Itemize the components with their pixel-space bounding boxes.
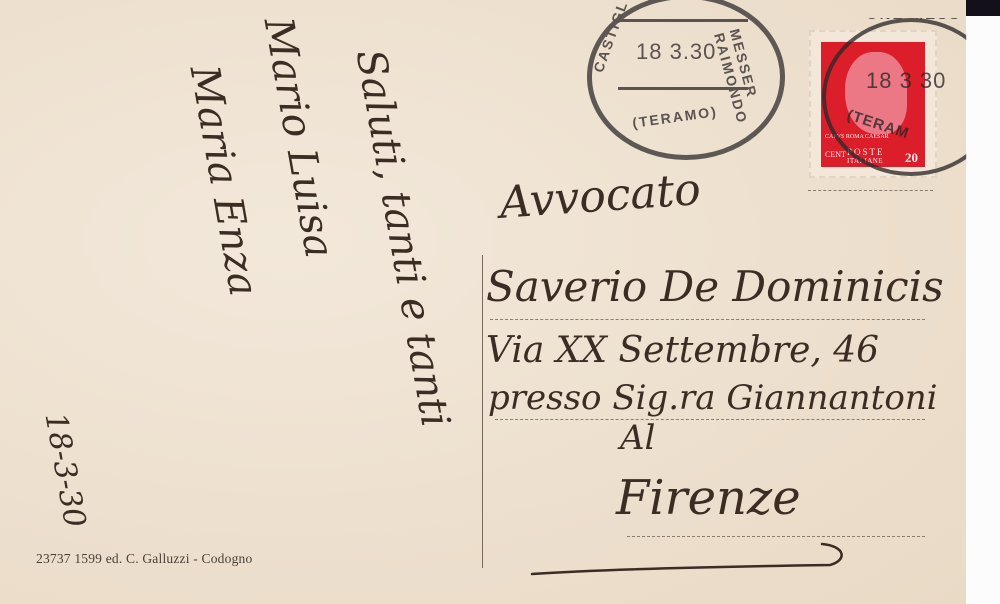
address-prefix: Al — [620, 418, 655, 458]
stamp-box-dotted-line — [808, 190, 933, 191]
postmark-ring-text: (TERAM — [845, 106, 911, 142]
address-name: Saverio De Dominicis — [486, 262, 944, 311]
postmark-castiglione: 18 3.30 CASTIGL MESSER RAIMONDO (TERAMO) — [587, 0, 785, 160]
scan-margin — [966, 0, 1000, 604]
address-care-of: presso Sig.ra Giannantoni — [488, 378, 938, 418]
postmark-bar — [618, 19, 748, 22]
address-city: Firenze — [616, 470, 801, 526]
postmark-ring-text: MESSER RAIMONDO — [711, 27, 766, 126]
address-dotted-line — [627, 536, 925, 537]
address-dotted-line — [490, 319, 925, 320]
address-dotted-line — [495, 419, 925, 420]
printer-imprint: 23737 1599 ed. C. Galluzzi - Codogno — [36, 551, 252, 567]
city-underline-swash — [530, 540, 850, 585]
address-divider-line — [482, 255, 483, 568]
postmark-ring-text: (TERAMO) — [631, 103, 718, 131]
scan-corner-bar — [966, 0, 1000, 16]
stamp-cent-label: CENT — [825, 150, 846, 159]
postmark-date: 18 3 30 — [866, 68, 946, 94]
postmark-date: 18 3.30 — [636, 39, 716, 65]
address-street: Via XX Settembre, 46 — [486, 330, 879, 371]
